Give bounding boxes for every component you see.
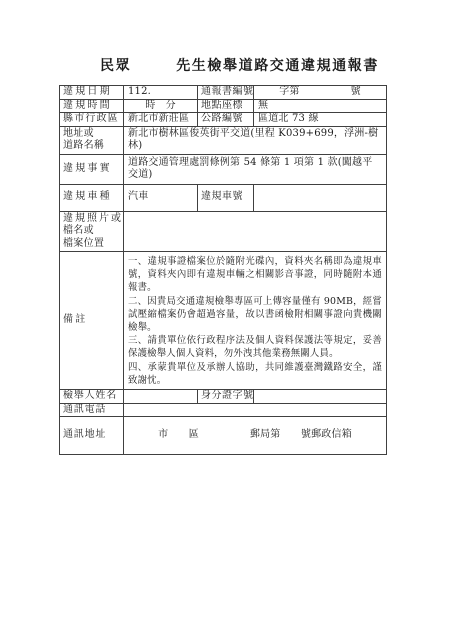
location-coords-label: 地點座標 <box>198 99 254 113</box>
address-value: 新北市樹林區俊英街平交道(里程 K039+699，浮洲-樹林) <box>124 126 387 154</box>
reporter-name-label: 檢舉人姓名 <box>60 390 124 404</box>
remarks-content: 一、違規事證檔案位於隨附光碟內，資料夾名稱即為違規車號，資料夾內即有違規車輛之相… <box>124 252 387 390</box>
evidence-file-label: 違規照片或 檔名或 檔案位置 <box>60 211 124 252</box>
violation-time-value: 時 分 <box>124 99 198 113</box>
remarks-item-4: 四、承蒙貴單位及承辦人協助，共同維護臺灣鐵路安全，謹致謝忱。 <box>128 361 382 387</box>
road-number-value: 區道北 73 線 <box>254 113 387 127</box>
row-contact-address: 通訊地址 市 區 郵局第 號郵政信箱 <box>60 417 387 455</box>
location-coords-value: 無 <box>254 99 387 113</box>
county-district-label: 縣市行政區 <box>60 113 124 127</box>
row-remarks: 備註 一、違規事證檔案位於隨附光碟內，資料夾名稱即為違規車號，資料夾內即有違規車… <box>60 252 387 390</box>
row-violation-fact: 違規事實 道路交通管理處罰條例第 54 條第 1 項第 1 款(闖越平交道) <box>60 154 387 184</box>
vehicle-plate-label: 違規車號 <box>198 184 254 211</box>
address-label-line1: 地址或 <box>63 128 121 141</box>
address-label: 地址或 道路名稱 <box>60 126 124 154</box>
road-number-label: 公路編號 <box>198 113 254 127</box>
remarks-item-2: 二、因貴局交通違規檢舉專區可上傳容量僅有 90MB，經嘗試壓縮檔案仍會超過容量，… <box>128 295 382 335</box>
contact-phone-label: 通訊電話 <box>60 403 124 417</box>
report-number-value: 字第 號 <box>254 86 387 100</box>
address-label-line2: 道路名稱 <box>63 140 121 153</box>
row-address: 地址或 道路名稱 新北市樹林區俊英街平交道(里程 K039+699，浮洲-樹林) <box>60 126 387 154</box>
id-number-value <box>254 390 387 404</box>
remarks-label: 備註 <box>60 252 124 390</box>
violation-fact-value: 道路交通管理處罰條例第 54 條第 1 項第 1 款(闖越平交道) <box>124 154 387 184</box>
row-reporter: 檢舉人姓名 身分證字號 <box>60 390 387 404</box>
title-prefix: 民眾 <box>100 55 131 75</box>
evidence-file-label-line3: 檔案位置 <box>63 238 121 251</box>
violation-fact-label: 違規事實 <box>60 154 124 184</box>
county-district-value: 新北市新莊區 <box>124 113 198 127</box>
evidence-file-value <box>124 211 387 252</box>
vehicle-type-value: 汽車 <box>124 184 198 211</box>
remarks-item-3: 三、請貴單位依行政程序法及個人資料保護法等規定，妥善保護檢舉人個人資料，勿外洩其… <box>128 334 382 360</box>
evidence-file-label-line2: 檔名或 <box>63 225 121 238</box>
title-main: 先生檢舉道路交通違規通報書 <box>176 55 379 75</box>
evidence-file-label-line1: 違規照片或 <box>63 213 121 226</box>
row-evidence-file: 違規照片或 檔名或 檔案位置 <box>60 211 387 252</box>
vehicle-plate-value <box>254 184 387 211</box>
vehicle-type-label: 違規車種 <box>60 184 124 211</box>
row-violation-date: 違規日期 112. 通報書編號 字第 號 <box>60 86 387 100</box>
row-violation-time: 違規時間 時 分 地點座標 無 <box>60 99 387 113</box>
remarks-item-1: 一、違規事證檔案位於隨附光碟內，資料夾名稱即為違規車號，資料夾內即有違規車輛之相… <box>128 255 382 295</box>
id-number-label: 身分證字號 <box>198 390 254 404</box>
row-contact-phone: 通訊電話 <box>60 403 387 417</box>
violation-date-value: 112. <box>124 86 198 100</box>
report-number-label: 通報書編號 <box>198 86 254 100</box>
contact-address-label: 通訊地址 <box>60 417 124 455</box>
row-vehicle: 違規車種 汽車 違規車號 <box>60 184 387 211</box>
report-form-table: 違規日期 112. 通報書編號 字第 號 違規時間 時 分 地點座標 無 縣市行… <box>59 85 387 455</box>
report-page: 民眾 先生檢舉道路交通違規通報書 違規日期 112. 通報書編號 字第 號 違規… <box>0 0 453 640</box>
violation-time-label: 違規時間 <box>60 99 124 113</box>
reporter-name-value <box>124 390 198 404</box>
contact-phone-value <box>124 403 387 417</box>
page-title: 民眾 先生檢舉道路交通違規通報書 <box>100 55 379 75</box>
violation-date-label: 違規日期 <box>60 86 124 100</box>
row-county-district: 縣市行政區 新北市新莊區 公路編號 區道北 73 線 <box>60 113 387 127</box>
contact-address-value: 市 區 郵局第 號郵政信箱 <box>124 417 387 455</box>
